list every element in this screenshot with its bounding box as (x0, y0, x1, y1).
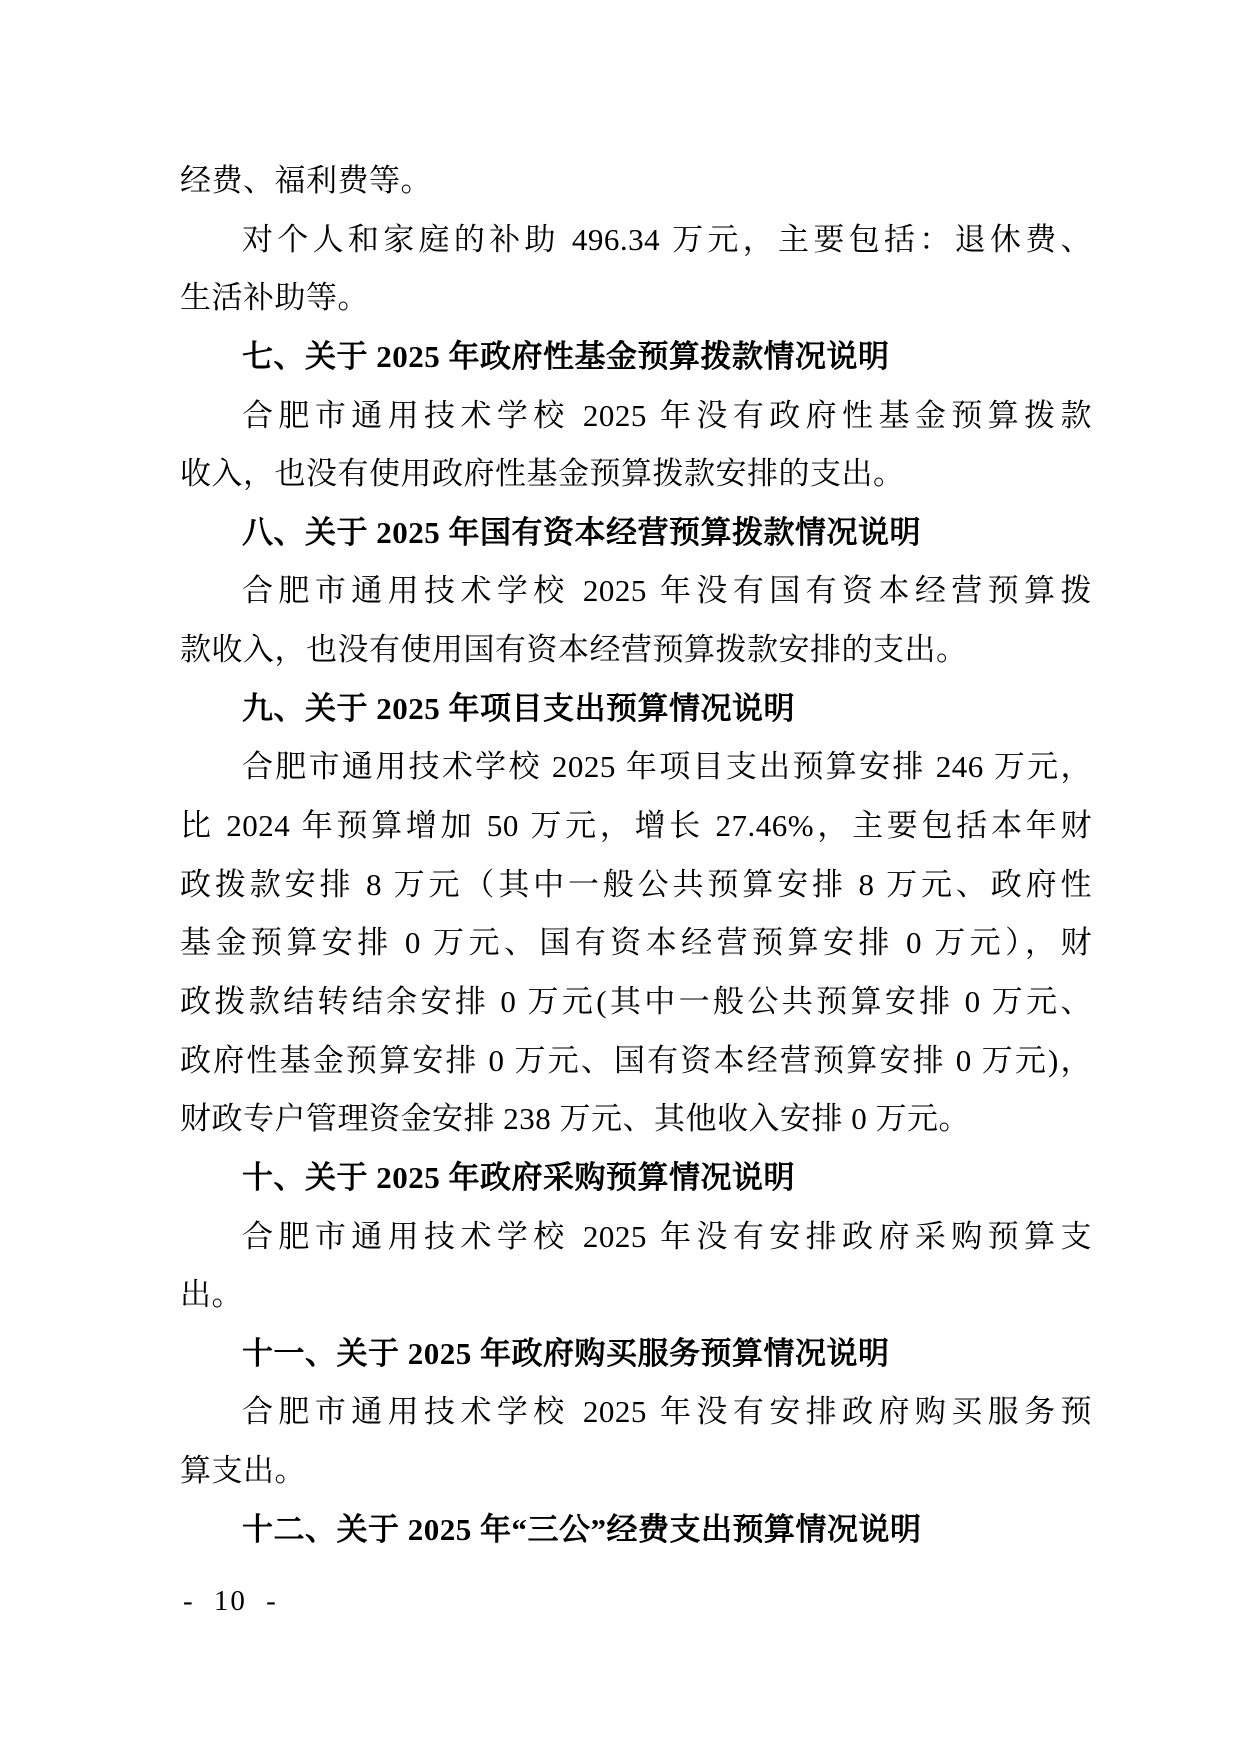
doc-line: 合肥市通用技术学校 2025 年没有政府性基金预算拨款 (180, 387, 1092, 446)
section-heading-12: 十二、关于 2025 年“三公”经费支出预算情况说明 (180, 1501, 1092, 1560)
section-heading-10: 十、关于 2025 年政府采购预算情况说明 (180, 1149, 1092, 1208)
doc-line: 基金预算安排 0 万元、国有资本经营预算安排 0 万元），财 (180, 914, 1092, 973)
doc-line: 合肥市通用技术学校 2025 年没有安排政府采购预算支 (180, 1208, 1092, 1267)
doc-line: 合肥市通用技术学校 2025 年没有安排政府购买服务预 (180, 1383, 1092, 1442)
doc-line: 款收入，也没有使用国有资本经营预算拨款安排的支出。 (180, 621, 1092, 680)
document-page: 经费、福利费等。 对个人和家庭的补助 496.34 万元，主要包括：退休费、 生… (0, 0, 1239, 1754)
section-heading-11: 十一、关于 2025 年政府购买服务预算情况说明 (180, 1325, 1092, 1384)
doc-line: 算支出。 (180, 1442, 1092, 1501)
doc-line: 财政专户管理资金安排 238 万元、其他收入安排 0 万元。 (180, 1090, 1092, 1149)
doc-line: 合肥市通用技术学校 2025 年项目支出预算安排 246 万元， (180, 738, 1092, 797)
doc-line: 生活补助等。 (180, 269, 1092, 328)
section-heading-9: 九、关于 2025 年项目支出预算情况说明 (180, 680, 1092, 739)
doc-line: 对个人和家庭的补助 496.34 万元，主要包括：退休费、 (180, 211, 1092, 270)
doc-line: 经费、福利费等。 (180, 152, 1092, 211)
doc-line: 政拨款结转结余安排 0 万元(其中一般公共预算安排 0 万元、 (180, 973, 1092, 1032)
doc-line: 收入，也没有使用政府性基金预算拨款安排的支出。 (180, 445, 1092, 504)
doc-line: 政拨款安排 8 万元（其中一般公共预算安排 8 万元、政府性 (180, 856, 1092, 915)
doc-line: 比 2024 年预算增加 50 万元，增长 27.46%，主要包括本年财 (180, 797, 1092, 856)
doc-line: 出。 (180, 1266, 1092, 1325)
doc-line: 政府性基金预算安排 0 万元、国有资本经营预算安排 0 万元)， (180, 1032, 1092, 1091)
section-heading-8: 八、关于 2025 年国有资本经营预算拨款情况说明 (180, 504, 1092, 563)
page-number: - 10 - (183, 1585, 278, 1618)
section-heading-7: 七、关于 2025 年政府性基金预算拨款情况说明 (180, 328, 1092, 387)
document-text-block: 经费、福利费等。 对个人和家庭的补助 496.34 万元，主要包括：退休费、 生… (180, 152, 1092, 1559)
doc-line: 合肥市通用技术学校 2025 年没有国有资本经营预算拨 (180, 562, 1092, 621)
